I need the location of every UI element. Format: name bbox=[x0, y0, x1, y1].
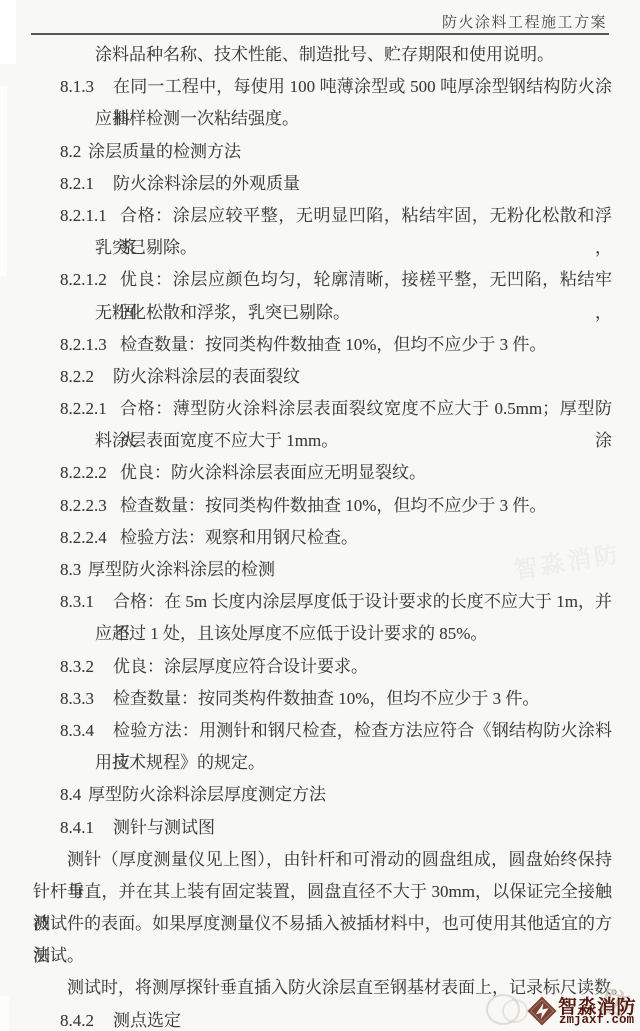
clause-number: 8.3 bbox=[60, 554, 81, 586]
document-body: 涂料品种名称、技术性能、制造批号、贮存期限和使用说明。 8.1.3 在同一工程中… bbox=[0, 39, 612, 1031]
clause-number: 8.2.2.1 bbox=[60, 393, 107, 425]
clause-number: 8.2.1 bbox=[60, 168, 94, 200]
clause-number: 8.2.2 bbox=[60, 361, 94, 393]
clause-number: 8.2.1.1 bbox=[60, 200, 107, 232]
clause-number: 8.4 bbox=[60, 779, 81, 811]
clause-number: 8.2 bbox=[60, 136, 81, 168]
clause-number: 8.2.1.2 bbox=[60, 264, 107, 296]
clause-number: 8.3.1 bbox=[60, 586, 94, 618]
clause-text: 涂层质量的检测方法 bbox=[0, 136, 612, 168]
clause-text: 涂料品种名称、技术性能、制造批号、贮存期限和使用说明。 bbox=[0, 39, 612, 71]
doc-line: 8.2.1 防火涂料涂层的外观质量 bbox=[0, 168, 612, 200]
doc-line: 测针（厚度测量仪见上图），由针杆和可滑动的圆盘组成，圆盘始终保持与 bbox=[0, 844, 612, 876]
doc-line: 料涂层表面宽度不应大于 1mm。 bbox=[0, 425, 612, 457]
doc-line: 8.2.2.2 优良：防火涂料涂层表面应无明显裂纹。 bbox=[0, 457, 612, 489]
doc-line: 8.2.2.3 检查数量：按同类构件数抽查 10%，但均不应少于 3 件。 bbox=[0, 490, 612, 522]
clause-number: 8.2.1.3 bbox=[60, 329, 107, 361]
doc-line: 测试。 bbox=[0, 940, 612, 972]
doc-line: 8.3.3 检查数量：按同类构件数抽查 10%，但均不应少于 3 件。 bbox=[0, 683, 612, 715]
watermark-site-url: zmjaxf.com bbox=[559, 1013, 634, 1027]
clause-text: 应超过 1 处，且该处厚度不应低于设计要求的 85%。 bbox=[0, 618, 612, 650]
doc-line: 8.4.1 测针与测试图 bbox=[0, 812, 612, 844]
clause-text: 用技术规程》的规定。 bbox=[0, 747, 612, 779]
zhimiao-diamond-bolt-logo-icon bbox=[527, 996, 557, 1026]
clause-text: 乳突已剔除。 bbox=[0, 232, 612, 264]
doc-line: 针杆垂直，并在其上装有固定装置，圆盘直径不大于 30mm，以保证完全接触被 bbox=[0, 876, 612, 908]
doc-line: 8.2.1.3 检查数量：按同类构件数抽查 10%，但均不应少于 3 件。 bbox=[0, 329, 612, 361]
clause-text: 厚型防火涂料涂层厚度测定方法 bbox=[0, 779, 612, 811]
doc-line: 8.3.4 检验方法：用测针和钢尺检查，检查方法应符合《钢结构防火涂料应 bbox=[0, 715, 612, 747]
doc-line: 乳突已剔除。 bbox=[0, 232, 612, 264]
document-page: 防火涂料工程施工方案 涂料品种名称、技术性能、制造批号、贮存期限和使用说明。 8… bbox=[0, 0, 640, 1031]
site-watermark: 防 智淼消防 zmjaxf.com bbox=[486, 982, 640, 1031]
doc-line: 8.1.3 在同一工程中，每使用 100 吨薄涂型或 500 吨厚涂型钢结构防火… bbox=[0, 71, 612, 103]
doc-line: 8.2 涂层质量的检测方法 bbox=[0, 136, 612, 168]
doc-line: 用技术规程》的规定。 bbox=[0, 747, 612, 779]
clause-number: 8.2.2.3 bbox=[60, 490, 107, 522]
doc-line: 无粉化松散和浮浆，乳突已剔除。 bbox=[0, 297, 612, 329]
clause-number: 8.2.2.4 bbox=[60, 522, 107, 554]
doc-line: 涂料品种名称、技术性能、制造批号、贮存期限和使用说明。 bbox=[0, 39, 612, 71]
clause-text: 无粉化松散和浮浆，乳突已剔除。 bbox=[0, 297, 612, 329]
clause-text: 料涂层表面宽度不应大于 1mm。 bbox=[0, 425, 612, 457]
ghost-circle bbox=[502, 999, 528, 1023]
clause-number: 8.4.1 bbox=[60, 812, 94, 844]
clause-number: 8.1.3 bbox=[60, 71, 94, 103]
doc-line: 8.4 厚型防火涂料涂层厚度测定方法 bbox=[0, 779, 612, 811]
header-rule bbox=[31, 33, 609, 35]
clause-number: 8.3.4 bbox=[60, 715, 94, 747]
doc-line: 8.2.1.2 优良：涂层应颜色均匀，轮廓清晰，接槎平整，无凹陷，粘结牢固， bbox=[0, 264, 612, 296]
doc-line: 8.2.2.1 合格：薄型防火涂料涂层表面裂纹宽度不应大于 0.5mm；厚型防火… bbox=[0, 393, 612, 425]
doc-line: 测试件的表面。如果厚度测量仪不易插入被插材料中，也可使用其他适宜的方法 bbox=[0, 908, 612, 940]
page-header-title: 防火涂料工程施工方案 bbox=[442, 11, 607, 32]
doc-line: 应抽样检测一次粘结强度。 bbox=[0, 103, 612, 135]
clause-number: 8.4.2 bbox=[60, 1005, 94, 1031]
clause-number: 8.2.2.2 bbox=[60, 457, 107, 489]
doc-line: 8.3.1 合格：在 5m 长度内涂层厚度低于设计要求的长度不应大于 1m，并不 bbox=[0, 586, 612, 618]
clause-text: 应抽样检测一次粘结强度。 bbox=[0, 103, 612, 135]
clause-text: 测试。 bbox=[0, 940, 612, 972]
doc-line: 应超过 1 处，且该处厚度不应低于设计要求的 85%。 bbox=[0, 618, 612, 650]
clause-number: 8.3.2 bbox=[60, 651, 94, 683]
doc-line: 8.2.2 防火涂料涂层的表面裂纹 bbox=[0, 361, 612, 393]
clause-number: 8.3.3 bbox=[60, 683, 94, 715]
doc-line: 8.3.2 优良：涂层厚度应符合设计要求。 bbox=[0, 651, 612, 683]
doc-line: 8.2.1.1 合格：涂层应较平整，无明显凹陷，粘结牢固，无粉化松散和浮浆， bbox=[0, 200, 612, 232]
